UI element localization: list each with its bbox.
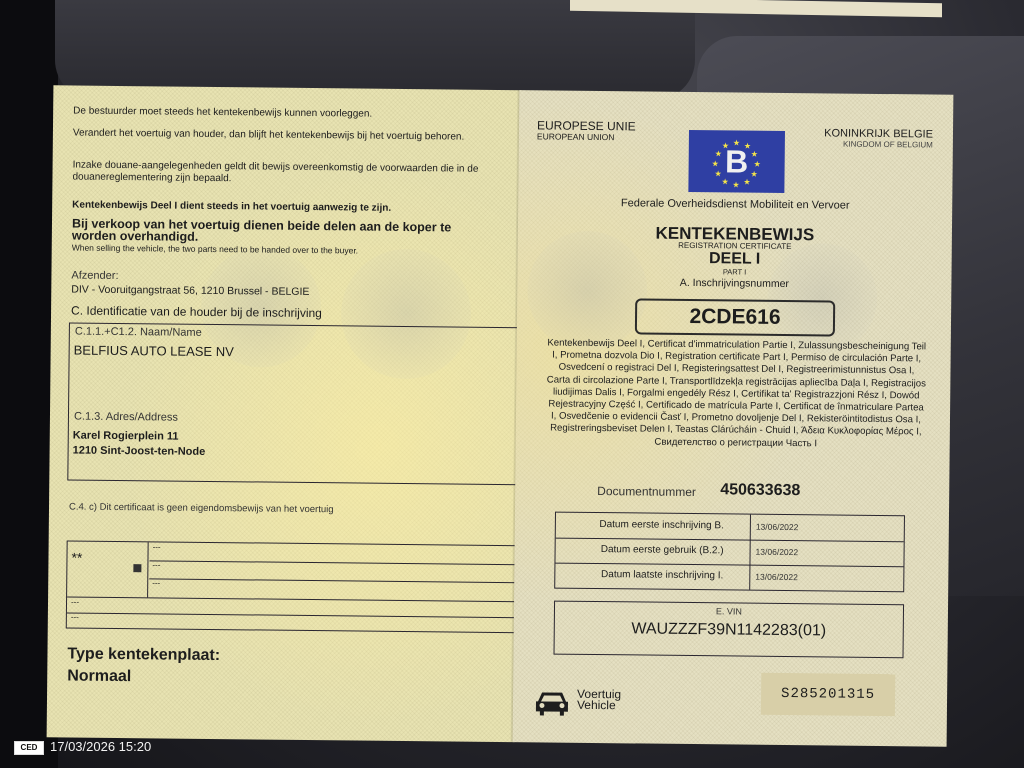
date-label: Datum laatste inschrijving xyxy=(601,569,715,581)
country-label-nl: KONINKRIJK BELGIE xyxy=(824,127,933,140)
left-page: De bestuurder moet steeds het kentekenbe… xyxy=(47,85,522,742)
ownership-note: C.4. c) Dit certificaat is geen eigendom… xyxy=(69,501,334,515)
grid-marker-cell: ** xyxy=(67,541,149,597)
holder-address-line1: Karel Rogierplein 11 xyxy=(73,430,179,443)
serial-number: S285201315 xyxy=(761,673,895,716)
vehicle-label: Voertuig Vehicle xyxy=(577,689,621,711)
vin-label: E. VIN xyxy=(555,605,903,619)
vin-box: E. VIN WAUZZZF39N1142283(01) xyxy=(554,601,905,659)
vin-value: WAUZZZF39N1142283(01) xyxy=(555,620,903,642)
date-code: (B.2.) xyxy=(699,545,724,556)
document-number: 450633638 xyxy=(720,481,800,500)
sender-label: Afzender: xyxy=(71,270,118,282)
notice-3: Inzake douane-aangelegenheden geldt dit … xyxy=(72,160,502,189)
car-icon xyxy=(535,688,569,716)
notice-2: Verandert het voertuig van houder, dan b… xyxy=(73,128,493,144)
holder-section-title: C. Identificatie van de houder bij de in… xyxy=(71,304,322,321)
date-code: B. xyxy=(714,520,724,531)
date-label: Datum eerste gebruik xyxy=(601,544,697,556)
holder-box: C.1.1.+C1.2. Naam/Name BELFIUS AUTO LEAS… xyxy=(67,322,541,485)
country-letter: B xyxy=(688,142,784,181)
must-be-present-notice: Kentekenbewijs Deel I dient steeds in he… xyxy=(72,200,512,217)
date-value: 13/06/2022 xyxy=(756,522,799,532)
plate-type-value: Normaal xyxy=(67,667,131,686)
right-page: EUROPESE UNIE EUROPEAN UNION B ★ ★ ★ ★ ★… xyxy=(513,90,954,747)
holder-address-label: C.1.3. Adres/Address xyxy=(74,411,178,424)
date-row: Datum laatste inschrijving I. 13/06/2022 xyxy=(555,563,903,592)
date-label: Datum eerste inschrijving xyxy=(599,519,711,531)
dates-table: Datum eerste inschrijving B. 13/06/2022 … xyxy=(554,512,905,593)
grid-marker: ** xyxy=(71,550,82,566)
eu-flag-belgium-icon: B ★ ★ ★ ★ ★ ★ ★ ★ ★ ★ ★ ★ xyxy=(688,130,785,193)
authority-name: Federale Overheidsdienst Mobiliteit en V… xyxy=(518,196,952,213)
registration-certificate: De bestuurder moet steeds het kentekenbe… xyxy=(47,85,954,746)
date-code: I. xyxy=(718,570,724,581)
camera-badge: CED xyxy=(14,741,44,755)
holder-name-label: C.1.1.+C1.2. Naam/Name xyxy=(75,326,202,339)
holder-name-value: BELFIUS AUTO LEASE NV xyxy=(74,343,234,360)
additional-info-grid: ** --- --- --- --- --- xyxy=(66,540,537,633)
multilingual-title: Kentekenbewijs Deel I, Certificat d'imma… xyxy=(546,337,927,451)
eu-label-en: EUROPEAN UNION xyxy=(537,131,615,142)
date-value: 13/06/2022 xyxy=(756,547,799,557)
date-value: 13/06/2022 xyxy=(755,572,798,582)
registration-number: 2CDE616 xyxy=(635,298,835,336)
sender-value: DIV - Vooruitgangstraat 56, 1210 Brussel… xyxy=(71,284,309,298)
plate-type-label: Type kentekenplaat: xyxy=(67,645,220,665)
car-seat-backrest xyxy=(55,0,695,100)
country-label-en: KINGDOM OF BELGIUM xyxy=(843,140,933,150)
vehicle-label-en: Vehicle xyxy=(577,700,621,711)
document-number-label: Documentnummer xyxy=(597,484,696,499)
sale-notice-nl: Bij verkoop van het voertuig dienen beid… xyxy=(72,218,492,246)
holder-address-line2: 1210 Sint-Joost-ten-Node xyxy=(73,445,206,458)
grid-square-icon xyxy=(133,564,141,572)
notice-1: De bestuurder moet steeds het kentekenbe… xyxy=(73,106,503,123)
photo-timestamp: 17/03/2026 15:20 xyxy=(50,739,151,754)
